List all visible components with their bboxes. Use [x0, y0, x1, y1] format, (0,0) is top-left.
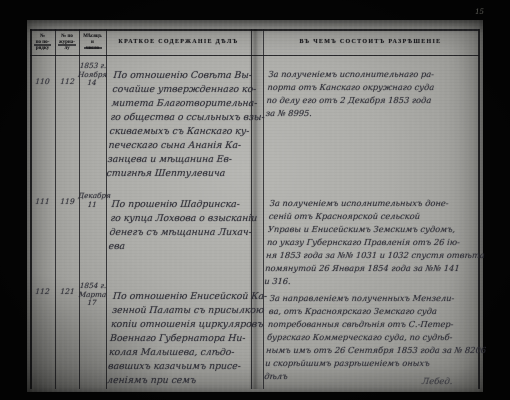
handwritten-line: ня 1853 года за №№ 1031 и 1032 спустя от… — [266, 249, 479, 262]
handwritten-line: Военнаго Губернатора Ни- — [110, 332, 253, 346]
header-line: Мѣсяцъ — [83, 34, 101, 39]
handwritten-line: По отношенію Енисейской Ка- — [112, 290, 255, 304]
handwritten-line: зенной Палаты съ присылкою — [111, 304, 254, 318]
header-col-content: КРАТКОЕ СОДЕРЖАНІЕ ДѢЛЪ — [106, 30, 251, 55]
header-line: лу — [64, 46, 69, 51]
handwritten-line: за № 8995. — [265, 107, 478, 120]
document-page: № по по- рядку № по журна- лу Мѣсяцъ и ч… — [27, 20, 483, 392]
header-line: и — [91, 40, 94, 45]
handwritten-line: Управы и Енисейскимъ Земскимъ судомъ, — [267, 223, 480, 236]
entry-date: 1853 г.Ноября14 — [77, 62, 108, 88]
handwritten-line: стигнѣя Шептулевича — [106, 167, 249, 181]
header-col-resolution: ВЪ ЧЕМЪ СОСТОИТЪ РАЗРѢШЕНІЕ — [263, 30, 478, 55]
handwritten-line: занцева и мѣщанина Ев- — [107, 153, 250, 167]
handwritten-line: ева — [108, 240, 251, 254]
handwritten-line: За полученіемъ исполнительнаго ра- — [268, 68, 481, 81]
handwritten-line: и 316. — [264, 275, 477, 288]
handwritten-line: За полученіемъ исполнительныхъ доне- — [269, 197, 482, 210]
entry-journal-number: 121 — [55, 287, 81, 296]
entry-resolution: За полученіемъ исполнительныхъ доне-сені… — [264, 197, 482, 288]
handwritten-line: По отношенію Совѣта Вы- — [113, 69, 256, 83]
handwritten-line: По прошенію Шадринска- — [111, 198, 254, 212]
entry-journal-number: 119 — [55, 197, 81, 206]
entry-content: По отношенію Енисейской Ка-зенной Палаты… — [107, 290, 256, 388]
handwritten-line: За направленіемъ полученныхъ Мензели- — [269, 292, 482, 305]
entry-order-number: 111 — [30, 197, 56, 206]
header-col-journal: № по журна- лу — [55, 30, 79, 55]
entry-content: По отношенію Совѣта Вы-сочайше утвержден… — [106, 69, 256, 181]
entry-date: Декабря11 — [77, 192, 107, 209]
header-line: № — [40, 34, 45, 39]
handwritten-line: по указу Губернскаго Правленія отъ 26 ію… — [267, 236, 480, 249]
handwritten-line: сочайше утвержденнаго ко- — [112, 83, 255, 97]
handwritten-line: леніямъ при семъ — [107, 374, 250, 388]
entry-order-number: 112 — [30, 287, 56, 296]
header-line: рядку — [36, 46, 49, 51]
handwritten-line: копіи отношенія циркуляровъ — [110, 318, 253, 332]
handwritten-line: печескаго сына Ананія Ка- — [108, 139, 251, 153]
handwritten-line: го купца Лохвова о взысканіи — [110, 212, 253, 226]
header-col-order: № по по- рядку — [30, 30, 55, 55]
handwritten-line: 11 — [77, 201, 107, 210]
handwritten-line: вавшихъ казачьимъ присе- — [108, 360, 251, 374]
handwritten-line: и скорѣйшимъ разрѣшеніемъ оныхъ — [265, 357, 478, 370]
header-line: число — [86, 46, 99, 51]
header-line: журна- — [59, 40, 75, 45]
handwritten-line: скиваемыхъ съ Канскаго ку- — [109, 125, 252, 139]
handwritten-line: митета Благотворительна- — [111, 97, 254, 111]
entry-date: 1854 г.Марта17 — [77, 282, 108, 308]
handwritten-line: колая Малышева, слѣдо- — [109, 346, 252, 360]
handwritten-line: бургскаго Коммерческаго суда, по судѣб- — [267, 331, 480, 344]
photo-scan: 15 № по по- рядку № по журна- лу Мѣсяцъ … — [0, 0, 510, 400]
handwritten-line: 17 — [77, 299, 107, 308]
header-line: № по — [61, 34, 73, 39]
page-number: 15 — [464, 8, 484, 16]
header-bottom-border — [30, 55, 479, 56]
header-line: по по- — [36, 40, 50, 45]
handwritten-line: ва, отъ Красноярскаго Земскаго суда — [268, 305, 481, 318]
handwritten-line: го общества о ссыльныхъ взы- — [110, 111, 253, 125]
handwritten-line: порта отъ Канскаго окружнаго суда — [267, 81, 480, 94]
handwritten-line: денегъ съ мѣщанина Лихач- — [109, 226, 252, 240]
handwritten-line: нымъ имъ отъ 26 Сентября 1853 года за № … — [266, 344, 479, 357]
column-divider — [263, 29, 264, 389]
entry-resolution: За направленіемъ полученныхъ Мензели-ва,… — [264, 292, 482, 383]
handwritten-line: по делу его отъ 2 Декабря 1853 года — [266, 94, 479, 107]
clerk-signature: Лебед. — [422, 377, 453, 387]
handwritten-line: помянутой 26 Января 1854 года за №№ 141 — [265, 262, 478, 275]
handwritten-line: 14 — [77, 79, 107, 88]
entry-content: По прошенію Шадринска-го купца Лохвова о… — [108, 198, 254, 254]
handwritten-line: сеній отъ Красноярской сельской — [268, 210, 481, 223]
entry-order-number: 110 — [30, 77, 56, 86]
header-col-date: Мѣсяцъ и число — [79, 30, 106, 55]
entry-resolution: За полученіемъ исполнительнаго ра-порта … — [265, 68, 481, 120]
handwritten-line: потребованныя свѣдѣнія отъ С.-Петер- — [267, 318, 480, 331]
